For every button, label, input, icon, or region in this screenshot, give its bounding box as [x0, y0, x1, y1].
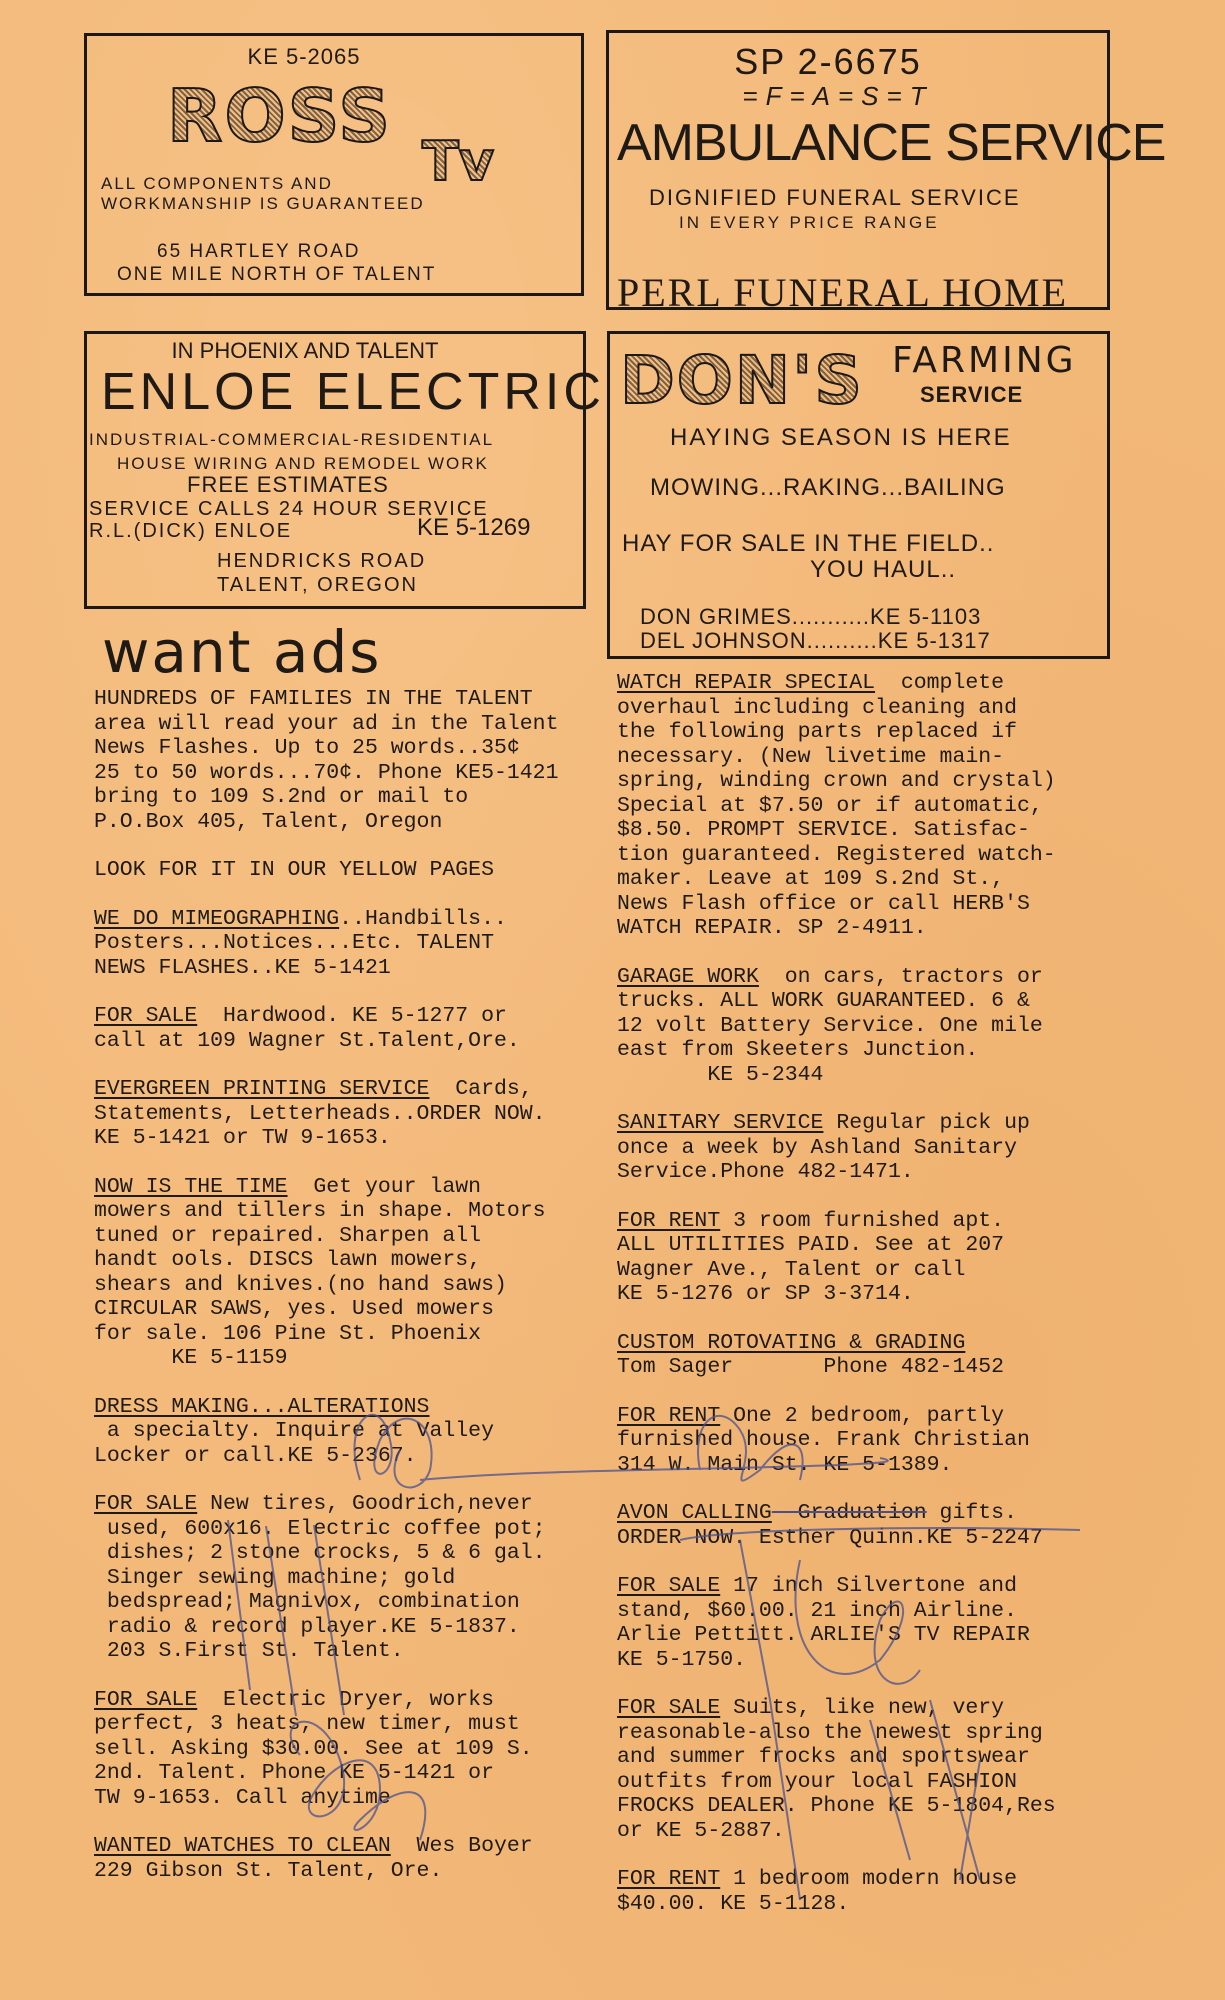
ad-body: Tom Sager Phone 482-1452	[617, 1355, 1004, 1379]
ad-heading: FOR RENT	[617, 1867, 720, 1891]
ad-heading: WE DO MIMEOGRAPHING	[94, 907, 339, 931]
ross-line2: WORKMANSHIP IS GUARANTEED	[101, 194, 425, 214]
ross-address2: ONE MILE NORTH OF TALENT	[117, 264, 436, 286]
enloe-line6: HENDRICKS ROAD	[217, 550, 426, 573]
want-ad: FOR RENT 3 room furnished apt. ALL UTILI…	[617, 1209, 1137, 1307]
want-ad: FOR SALE New tires, Goodrich,never used,…	[94, 1492, 614, 1664]
want-ad: CUSTOM ROTOVATING & GRADING Tom Sager Ph…	[617, 1331, 1137, 1380]
enloe-line3: FREE ESTIMATES	[187, 472, 389, 498]
want-ad: SANITARY SERVICE Regular pick up once a …	[617, 1111, 1137, 1185]
dons-logo: DON'S	[620, 342, 864, 419]
dons-farming: FARMING	[892, 340, 1077, 381]
enloe-line0: IN PHOENIX AND TALENT	[87, 338, 583, 364]
dons-line3: HAY FOR SALE IN THE FIELD..	[622, 530, 994, 558]
ross-logo: ROSS	[167, 74, 392, 158]
ross-tv-logo: Tv	[422, 130, 494, 193]
want-ad: EVERGREEN PRINTING SERVICE Cards, Statem…	[94, 1077, 614, 1151]
want-ad: WATCH REPAIR SPECIAL complete overhaul i…	[617, 671, 1137, 941]
want-ad: HUNDREDS OF FAMILIES IN THE TALENT area …	[94, 687, 614, 834]
enloe-phone: KE 5-1269	[417, 514, 530, 542]
enloe-line1: INDUSTRIAL-COMMERCIAL-RESIDENTIAL	[89, 430, 494, 450]
ad-body: New tires, Goodrich,never used, 600x16. …	[94, 1492, 546, 1663]
perl-name: PERL FUNERAL HOME	[617, 269, 1068, 316]
left-ads-column: HUNDREDS OF FAMILIES IN THE TALENT area …	[94, 687, 614, 1907]
enloe-line7: TALENT, OREGON	[217, 574, 418, 597]
dons-service: SERVICE	[920, 382, 1023, 408]
ad-heading: DRESS MAKING...ALTERATIONS	[94, 1395, 429, 1419]
ad-body: LOOK FOR IT IN OUR YELLOW PAGES	[94, 858, 494, 882]
ad-heading: FOR SALE	[94, 1688, 197, 1712]
want-ad: LOOK FOR IT IN OUR YELLOW PAGES	[94, 858, 614, 883]
perl-funeral-ad: SP 2-6675 =F=A=S=T AMBULANCE SERVICE DIG…	[606, 30, 1110, 310]
ad-heading: CUSTOM ROTOVATING & GRADING	[617, 1331, 965, 1355]
ross-phone: KE 5-2065	[87, 44, 581, 70]
dons-farming-ad: DON'S FARMING SERVICE HAYING SEASON IS H…	[607, 331, 1110, 659]
perl-headline: AMBULANCE SERVICE	[617, 113, 1165, 173]
want-ad: AVON CALLING Graduation gifts. ORDER NOW…	[617, 1501, 1137, 1550]
ad-struck-text: Graduation	[772, 1501, 927, 1525]
want-ads-title: want ads	[102, 618, 382, 686]
want-ad: FOR RENT One 2 bedroom, partly furnished…	[617, 1404, 1137, 1478]
want-ad: FOR SALE 17 inch Silvertone and stand, $…	[617, 1574, 1137, 1672]
ad-body: HUNDREDS OF FAMILIES IN THE TALENT area …	[94, 687, 558, 834]
want-ad: FOR SALE Electric Dryer, works perfect, …	[94, 1688, 614, 1811]
ad-heading: SANITARY SERVICE	[617, 1111, 823, 1135]
dons-line4: YOU HAUL..	[810, 556, 956, 584]
ad-heading: FOR SALE	[617, 1696, 720, 1720]
ad-heading: WANTED WATCHES TO CLEAN	[94, 1834, 391, 1858]
ad-heading: NOW IS THE TIME	[94, 1175, 288, 1199]
dons-contact2: DEL JOHNSON..........KE 5-1317	[640, 628, 991, 654]
ad-body: complete overhaul including cleaning and…	[617, 671, 1056, 940]
want-ad: DRESS MAKING...ALTERATIONS a specialty. …	[94, 1395, 614, 1469]
right-ads-column: WATCH REPAIR SPECIAL complete overhaul i…	[617, 671, 1137, 1940]
dons-contact1: DON GRIMES...........KE 5-1103	[640, 604, 981, 630]
want-ad: GARAGE WORK on cars, tractors or trucks.…	[617, 965, 1137, 1088]
ad-heading: AVON CALLING	[617, 1501, 772, 1525]
perl-line2: IN EVERY PRICE RANGE	[679, 213, 940, 233]
ross-line1: ALL COMPONENTS AND	[101, 174, 333, 194]
enloe-electric-ad: IN PHOENIX AND TALENT ENLOE ELECTRIC IND…	[84, 331, 586, 609]
ad-heading: FOR SALE	[617, 1574, 720, 1598]
ad-heading: EVERGREEN PRINTING SERVICE	[94, 1077, 429, 1101]
ad-heading: FOR SALE	[94, 1004, 197, 1028]
perl-line1: DIGNIFIED FUNERAL SERVICE	[649, 185, 1021, 211]
dons-line1: HAYING SEASON IS HERE	[670, 424, 1012, 452]
ad-body: Get your lawn mowers and tillers in shap…	[94, 1175, 546, 1371]
ad-heading: FOR RENT	[617, 1209, 720, 1233]
ad-body: a specialty. Inquire at Valley Locker or…	[94, 1419, 494, 1468]
ad-heading: GARAGE WORK	[617, 965, 759, 989]
want-ad: FOR RENT 1 bedroom modern house $40.00. …	[617, 1867, 1137, 1916]
want-ad: FOR SALE Suits, like new, very reasonabl…	[617, 1696, 1137, 1843]
want-ad: WE DO MIMEOGRAPHING..Handbills.. Posters…	[94, 907, 614, 981]
enloe-name: ENLOE ELECTRIC	[101, 362, 605, 422]
want-ad: FOR SALE Hardwood. KE 5-1277 or call at …	[94, 1004, 614, 1053]
ross-tv-ad: KE 5-2065 ROSS Tv ALL COMPONENTS AND WOR…	[84, 33, 584, 296]
want-ad: NOW IS THE TIME Get your lawn mowers and…	[94, 1175, 614, 1371]
enloe-line2: HOUSE WIRING AND REMODEL WORK	[117, 454, 489, 474]
perl-phone: SP 2-6675	[609, 41, 1107, 83]
want-ad: WANTED WATCHES TO CLEAN Wes Boyer 229 Gi…	[94, 1834, 614, 1883]
perl-fast: =F=A=S=T	[609, 81, 1107, 112]
ross-address1: 65 HARTLEY ROAD	[157, 241, 361, 263]
ad-heading: WATCH REPAIR SPECIAL	[617, 671, 875, 695]
enloe-line5: R.L.(DICK) ENLOE	[89, 520, 292, 543]
ad-heading: FOR RENT	[617, 1404, 720, 1428]
dons-line2: MOWING...RAKING...BAILING	[650, 474, 1006, 502]
ad-heading: FOR SALE	[94, 1492, 197, 1516]
